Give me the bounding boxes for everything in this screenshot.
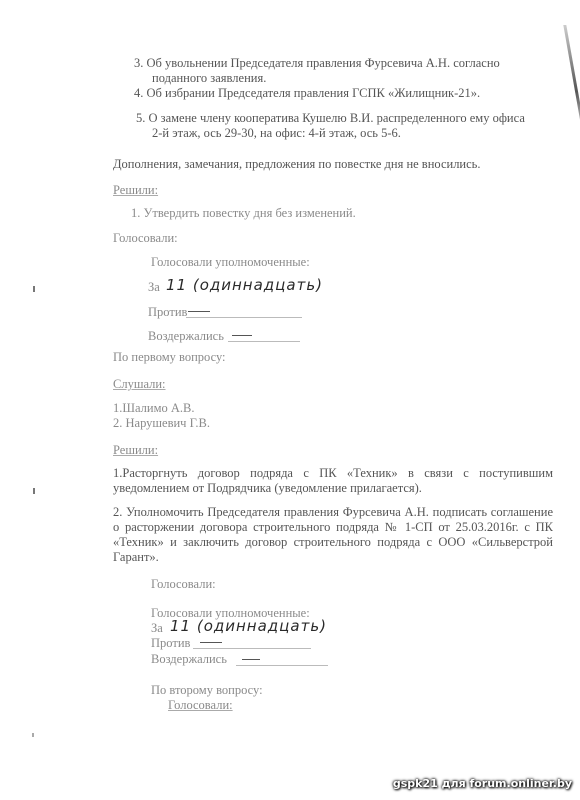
vote-for-value: 11 (одиннадцать) [166,276,323,294]
vote-against-blank-2 [193,648,311,649]
decided-heading: Решили: [113,183,158,198]
question-2-heading: По второму вопросу: [151,683,263,698]
voted-label-3: Голосовали: [168,698,233,713]
scan-speck [32,733,34,737]
vote-abstained-label: Воздержались [148,329,224,344]
speaker-1: 1.Шалимо А.В. [113,401,194,416]
decision-authorize-chairman: 2. Уполномочить Председателя правления Ф… [113,505,553,565]
agenda-item-4: 4. Об избрании Председателя правления ГС… [134,86,480,101]
vote-against-dash [188,311,210,312]
scan-edge-mark [563,25,580,135]
vote-abstained-dash-2 [242,659,260,660]
vote-against-label-2: Против [151,636,190,651]
scan-speck [33,488,35,494]
vote-against-blank [186,317,302,318]
heard-label: Слушали: [113,377,166,392]
agenda-item-3-line-1: 3. Об увольнении Председателя правления … [134,56,500,71]
agenda-item-5-line-1: 5. О замене члену кооператива Кушелю В.И… [136,111,525,126]
speaker-2: 2. Нарушевич Г.В. [113,416,210,431]
agenda-notes: Дополнения, замечания, предложения по по… [113,157,481,172]
question-1-heading: По первому вопросу: [113,350,226,365]
vote-abstained-blank-2 [236,665,328,666]
vote-abstained-dash [232,335,252,336]
scan-speck [33,286,35,292]
vote-abstained-blank [228,341,300,342]
voted-label-2: Голосовали: [151,577,216,592]
decision-approve-agenda: 1. Утвердить повестку дня без изменений. [131,206,356,221]
vote-abstained-label-2: Воздержались [151,652,227,667]
watermark: gspk21 для forum.onliner.by [393,777,572,790]
decision-terminate-contract: 1.Расторгнуть договор подряда с ПК «Техн… [113,466,553,496]
vote-against-dash-2 [200,642,222,643]
voted-label: Голосовали: [113,231,178,246]
decided-heading-2: Решили: [113,443,158,458]
agenda-item-3-line-2: поданного заявления. [152,71,266,86]
vote-for-value-2: 11 (одиннадцать) [170,617,327,635]
agenda-item-5-line-2: 2-й этаж, ось 29-30, на офис: 4-й этаж, … [152,126,401,141]
vote-for-label: За [148,280,160,295]
vote-for-label-2: За [151,621,163,636]
vote-against-label: Против [148,305,187,320]
authorized-voted-label: Голосовали уполномоченные: [151,255,310,270]
